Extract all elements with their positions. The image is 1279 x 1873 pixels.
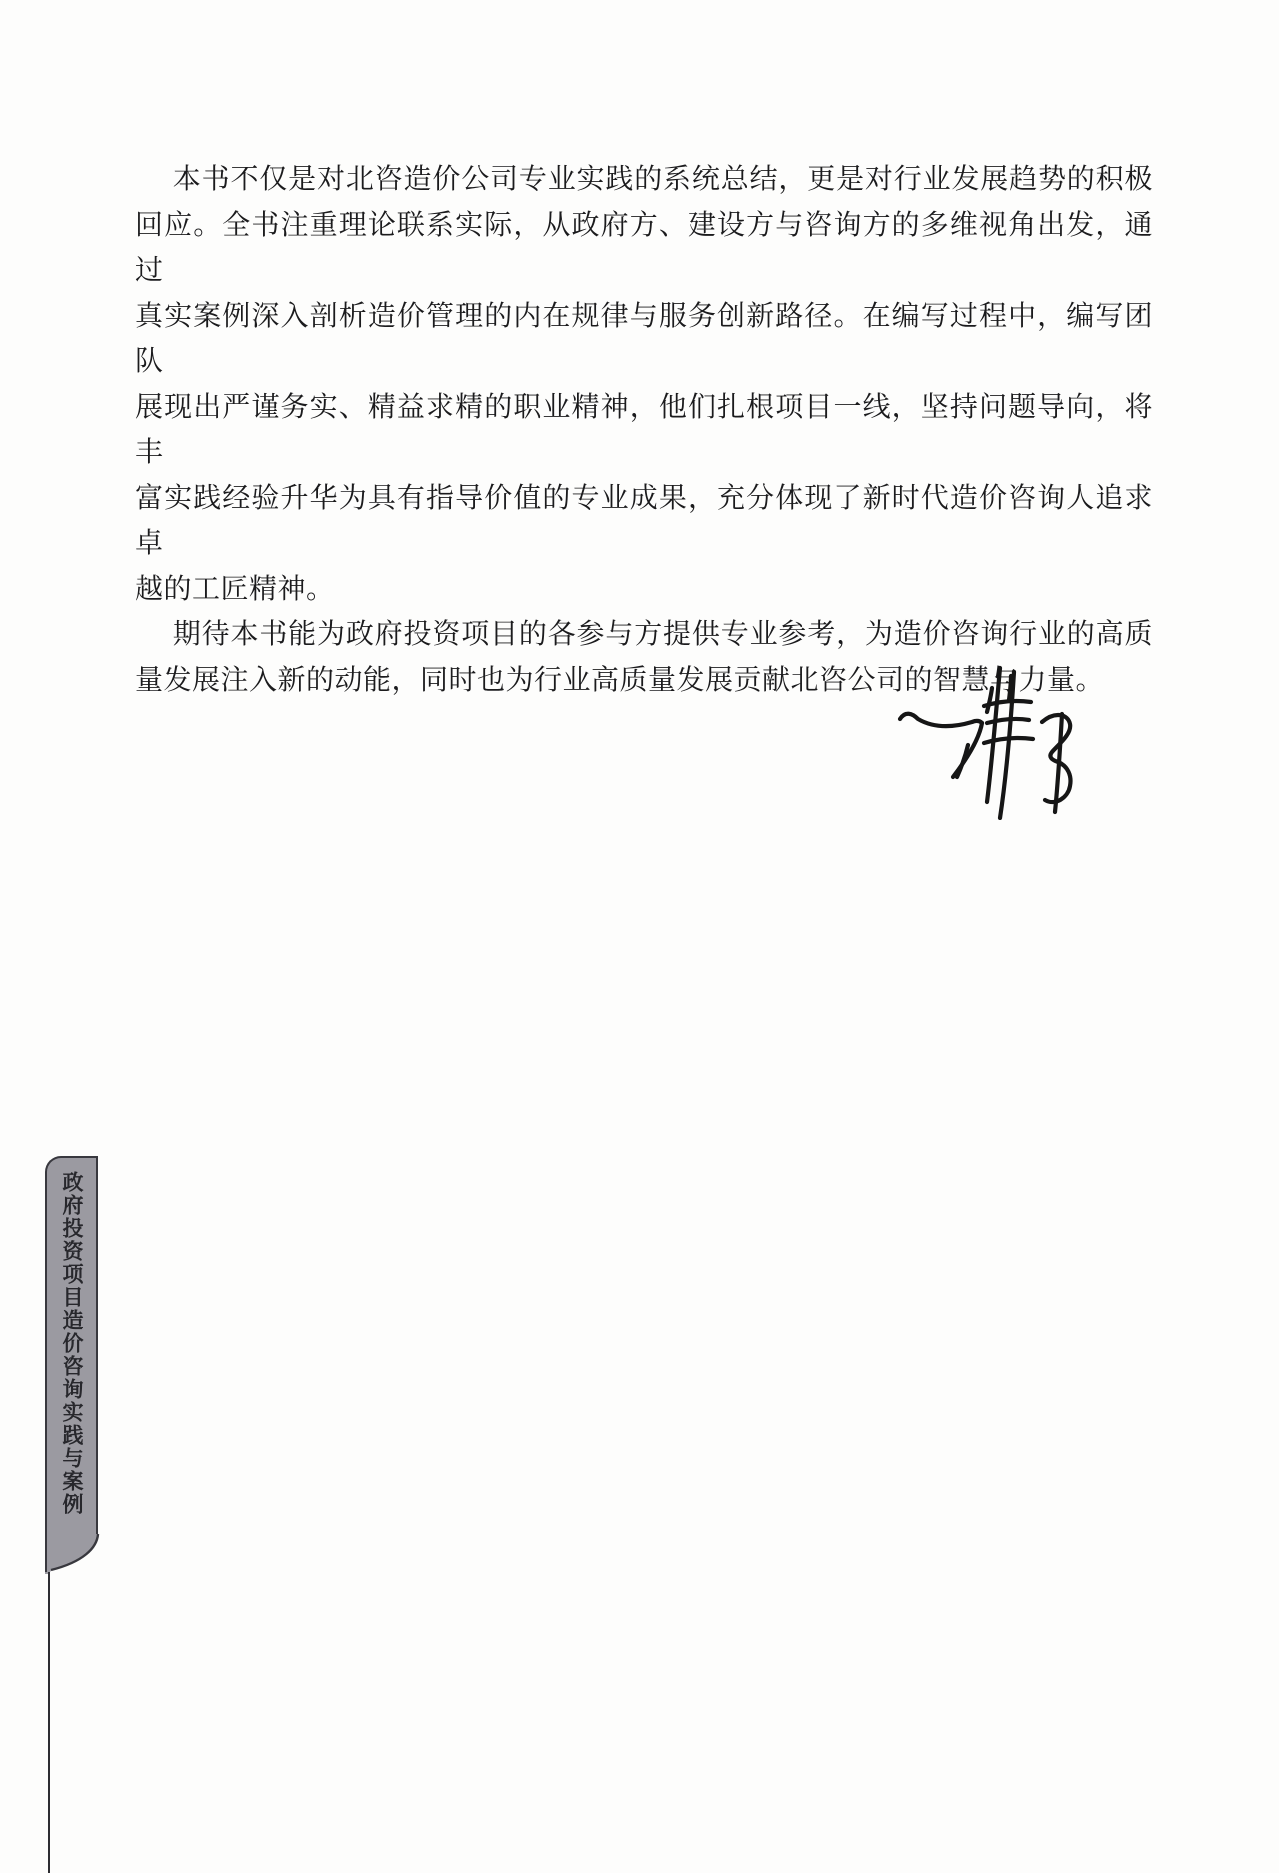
paragraph1-line3: 真实案例深入剖析造价管理的内在规律与服务创新路径。在编写过程中，编写团队 [135, 293, 1153, 384]
handwritten-signature-icon [880, 650, 1090, 820]
paragraph1-line6: 越的工匠精神。 [135, 566, 1153, 612]
paragraph1-line5: 富实践经验升华为具有指导价值的专业成果，充分体现了新时代造价咨询人追求卓 [135, 475, 1153, 566]
paragraph1-line4: 展现出严谨务实、精益求精的职业精神，他们扎根项目一线，坚持问题导向，将丰 [135, 384, 1153, 475]
page-edge-line [48, 1572, 50, 1873]
paragraph1-line1: 本书不仅是对北咨造价公司专业实践的系统总结，更是对行业发展趋势的积极 [135, 156, 1153, 202]
chapter-edge-tab-label: 政府投资项目造价咨询实践与案例 [47, 1171, 96, 1536]
preface-text-block: 本书不仅是对北咨造价公司专业实践的系统总结，更是对行业发展趋势的积极 回应。全书… [135, 156, 1153, 702]
book-page: 本书不仅是对北咨造价公司专业实践的系统总结，更是对行业发展趋势的积极 回应。全书… [0, 0, 1279, 1873]
chapter-edge-tab: 政府投资项目造价咨询实践与案例 [45, 1156, 98, 1536]
paragraph1-line2: 回应。全书注重理论联系实际，从政府方、建设方与咨询方的多维视角出发，通过 [135, 202, 1153, 293]
chapter-edge-tab-tail [45, 1534, 101, 1574]
